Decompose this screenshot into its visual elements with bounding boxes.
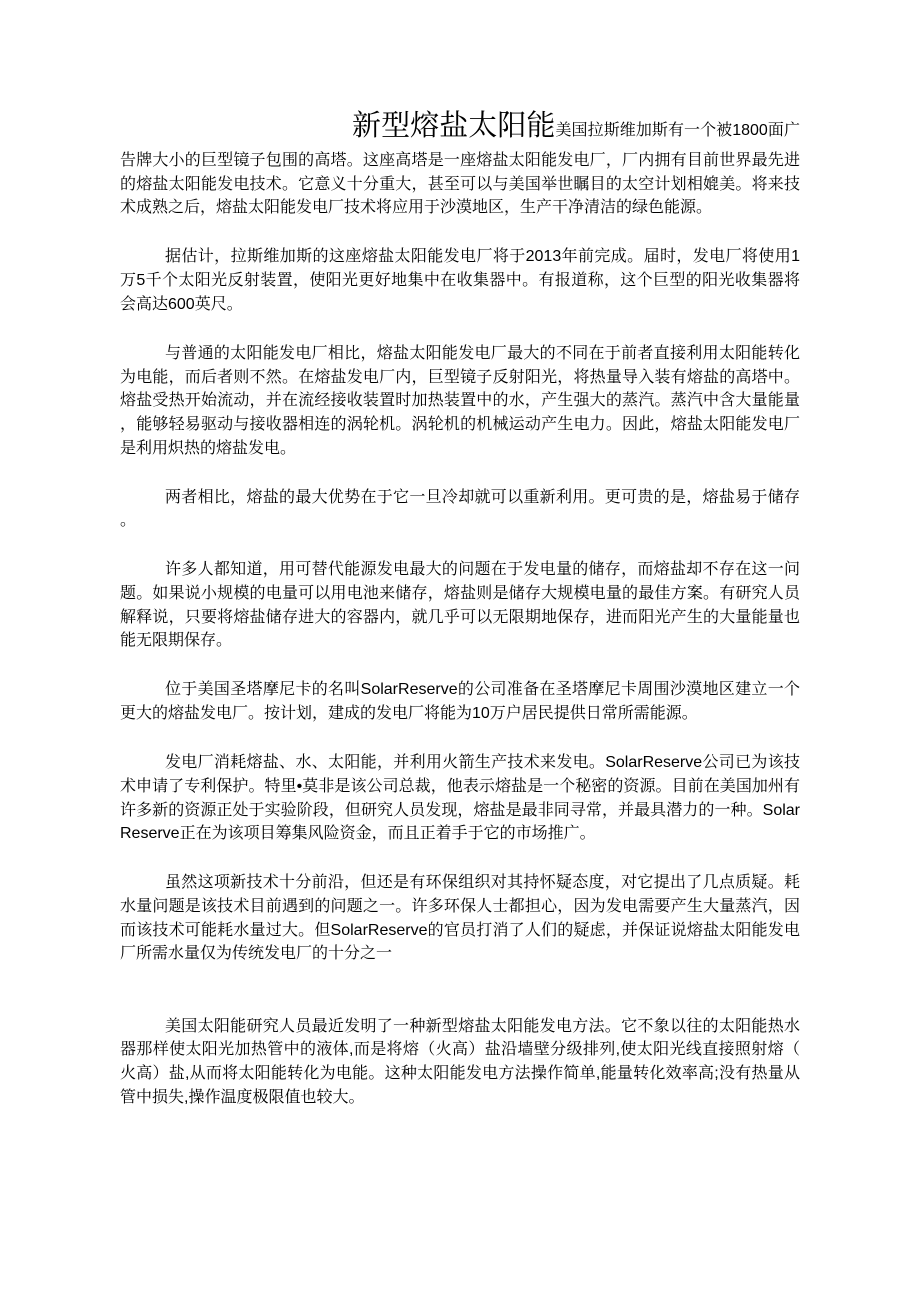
paragraph: 新型熔盐太阳能美国拉斯维加斯有一个被1800面广告牌大小的巨型镜子包围的高塔。这…: [120, 103, 800, 220]
paragraph: 许多人都知道，用可替代能源发电最大的问题在于发电量的储存，而熔盐却不存在这一问题…: [120, 558, 800, 653]
paragraph: 与普通的太阳能发电厂相比，熔盐太阳能发电厂最大的不同在于前者直接利用太阳能转化为…: [120, 342, 800, 461]
paragraph: 两者相比，熔盐的最大优势在于它一旦冷却就可以重新利用。更可贵的是，熔盐易于储存。: [120, 486, 800, 533]
paragraph: 据估计，拉斯维加斯的这座熔盐太阳能发电厂将于2013年前完成。届时，发电厂将使用…: [120, 245, 800, 316]
document-title: 新型熔盐太阳能: [352, 110, 555, 142]
paragraph: 发电厂消耗熔盐、水、太阳能，并利用火箭生产技术来发电。SolarReserve公…: [120, 751, 800, 846]
document-page: 新型熔盐太阳能美国拉斯维加斯有一个被1800面广告牌大小的巨型镜子包围的高塔。这…: [0, 0, 920, 1302]
paragraph: 位于美国圣塔摩尼卡的名叫SolarReserve的公司准备在圣塔摩尼卡周围沙漠地…: [120, 678, 800, 725]
paragraph: 美国太阳能研究人员最近发明了一种新型熔盐太阳能发电方法。它不象以往的太阳能热水器…: [120, 1015, 800, 1110]
paragraph: 虽然这项新技术十分前沿，但还是有环保组织对其持怀疑态度，对它提出了几点质疑。耗水…: [120, 871, 800, 966]
